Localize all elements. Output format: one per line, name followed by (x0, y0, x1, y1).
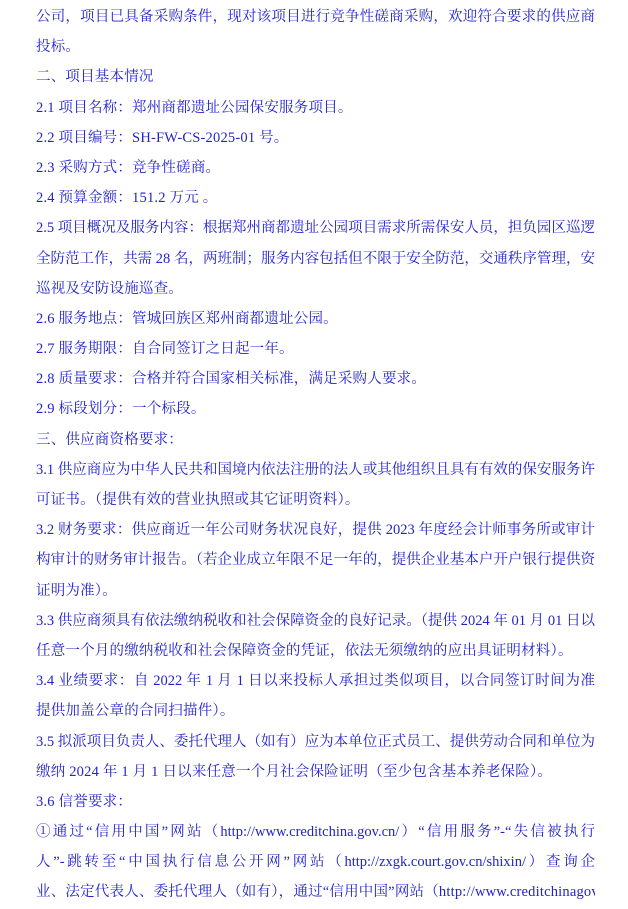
text-line: 全防范工作，共需 28 名，两班制；服务内容包括但不限于安全防范，交通秩序管理，… (36, 244, 595, 274)
text-line: 提供加盖公章的合同扫描件）。 (36, 696, 595, 726)
text-line: 3.6 信誉要求： (36, 787, 595, 817)
text-line: 可证书。（提供有效的营业执照或其它证明资料）。 (36, 485, 595, 515)
text-line: 2.3 采购方式：竞争性磋商。 (36, 153, 595, 183)
text-line: 3.3 供应商须具有依法缴纳税收和社会保障资金的良好记录。（提供 2024 年 … (36, 606, 595, 636)
text-line: 缴纳 2024 年 1 月 1 日以来任意一个月社会保险证明（至少包含基本养老保… (36, 757, 595, 787)
text-line: 二、项目基本情况 (36, 62, 595, 92)
text-line: 3.1 供应商应为中华人民共和国境内依法注册的法人或其他组织且具有有效的保安服务… (36, 455, 595, 485)
text-line: 2.9 标段划分：一个标段。 (36, 394, 595, 424)
text-line: 3.4 业绩要求：自 2022 年 1 月 1 日以来投标人承担过类似项目，以合… (36, 666, 595, 696)
text-line: 2.5 项目概况及服务内容：根据郑州商都遗址公园项目需求所需保安人员，担负园区巡… (36, 213, 595, 243)
text-line: 构审计的财务审计报告。（若企业成立年限不足一年的，提供企业基本户开户银行提供资信 (36, 545, 595, 575)
text-line: 2.2 项目编号：SH-FW-CS-2025-01 号。 (36, 123, 595, 153)
document-page: 公司，项目已具备采购条件，现对该项目进行竞争性磋商采购，欢迎符合要求的供应商参与… (0, 0, 628, 909)
text-line: 2.8 质量要求：合格并符合国家相关标准，满足采购人要求。 (36, 364, 595, 394)
text-line: 3.2 财务要求：供应商近一年公司财务状况良好，提供 2023 年度经会计师事务… (36, 515, 595, 545)
text-line: 2.6 服务地点：管城回族区郑州商都遗址公园。 (36, 304, 595, 334)
text-line: 证明为准）。 (36, 576, 595, 606)
text-line: ①通过“信用中国”网站（http://www.creditchina.gov.c… (36, 817, 595, 847)
text-line: 公司，项目已具备采购条件，现对该项目进行竞争性磋商采购，欢迎符合要求的供应商参与 (36, 2, 595, 32)
text-line: 2.4 预算金额：151.2 万元 。 (36, 183, 595, 213)
text-line: 任意一个月的缴纳税收和社会保障资金的凭证，依法无须缴纳的应出具证明材料）。 (36, 636, 595, 666)
document-body: 公司，项目已具备采购条件，现对该项目进行竞争性磋商采购，欢迎符合要求的供应商参与… (36, 2, 595, 908)
text-line: 2.7 服务期限：自合同签订之日起一年。 (36, 334, 595, 364)
text-line: 投标。 (36, 32, 595, 62)
text-line: 三、供应商资格要求： (36, 425, 595, 455)
text-line: 人”-跳转至“中国执行信息公开网”网站（http://zxgk.court.go… (36, 847, 595, 877)
text-line: 巡视及安防设施巡查。 (36, 274, 595, 304)
text-line: 3.5 拟派项目负责人、委托代理人（如有）应为本单位正式员工、提供劳动合同和单位… (36, 727, 595, 757)
text-line: 2.1 项目名称：郑州商都遗址公园保安服务项目。 (36, 93, 595, 123)
text-line: 业、法定代表人、委托代理人（如有），通过“信用中国”网站（http://www.… (36, 877, 595, 907)
